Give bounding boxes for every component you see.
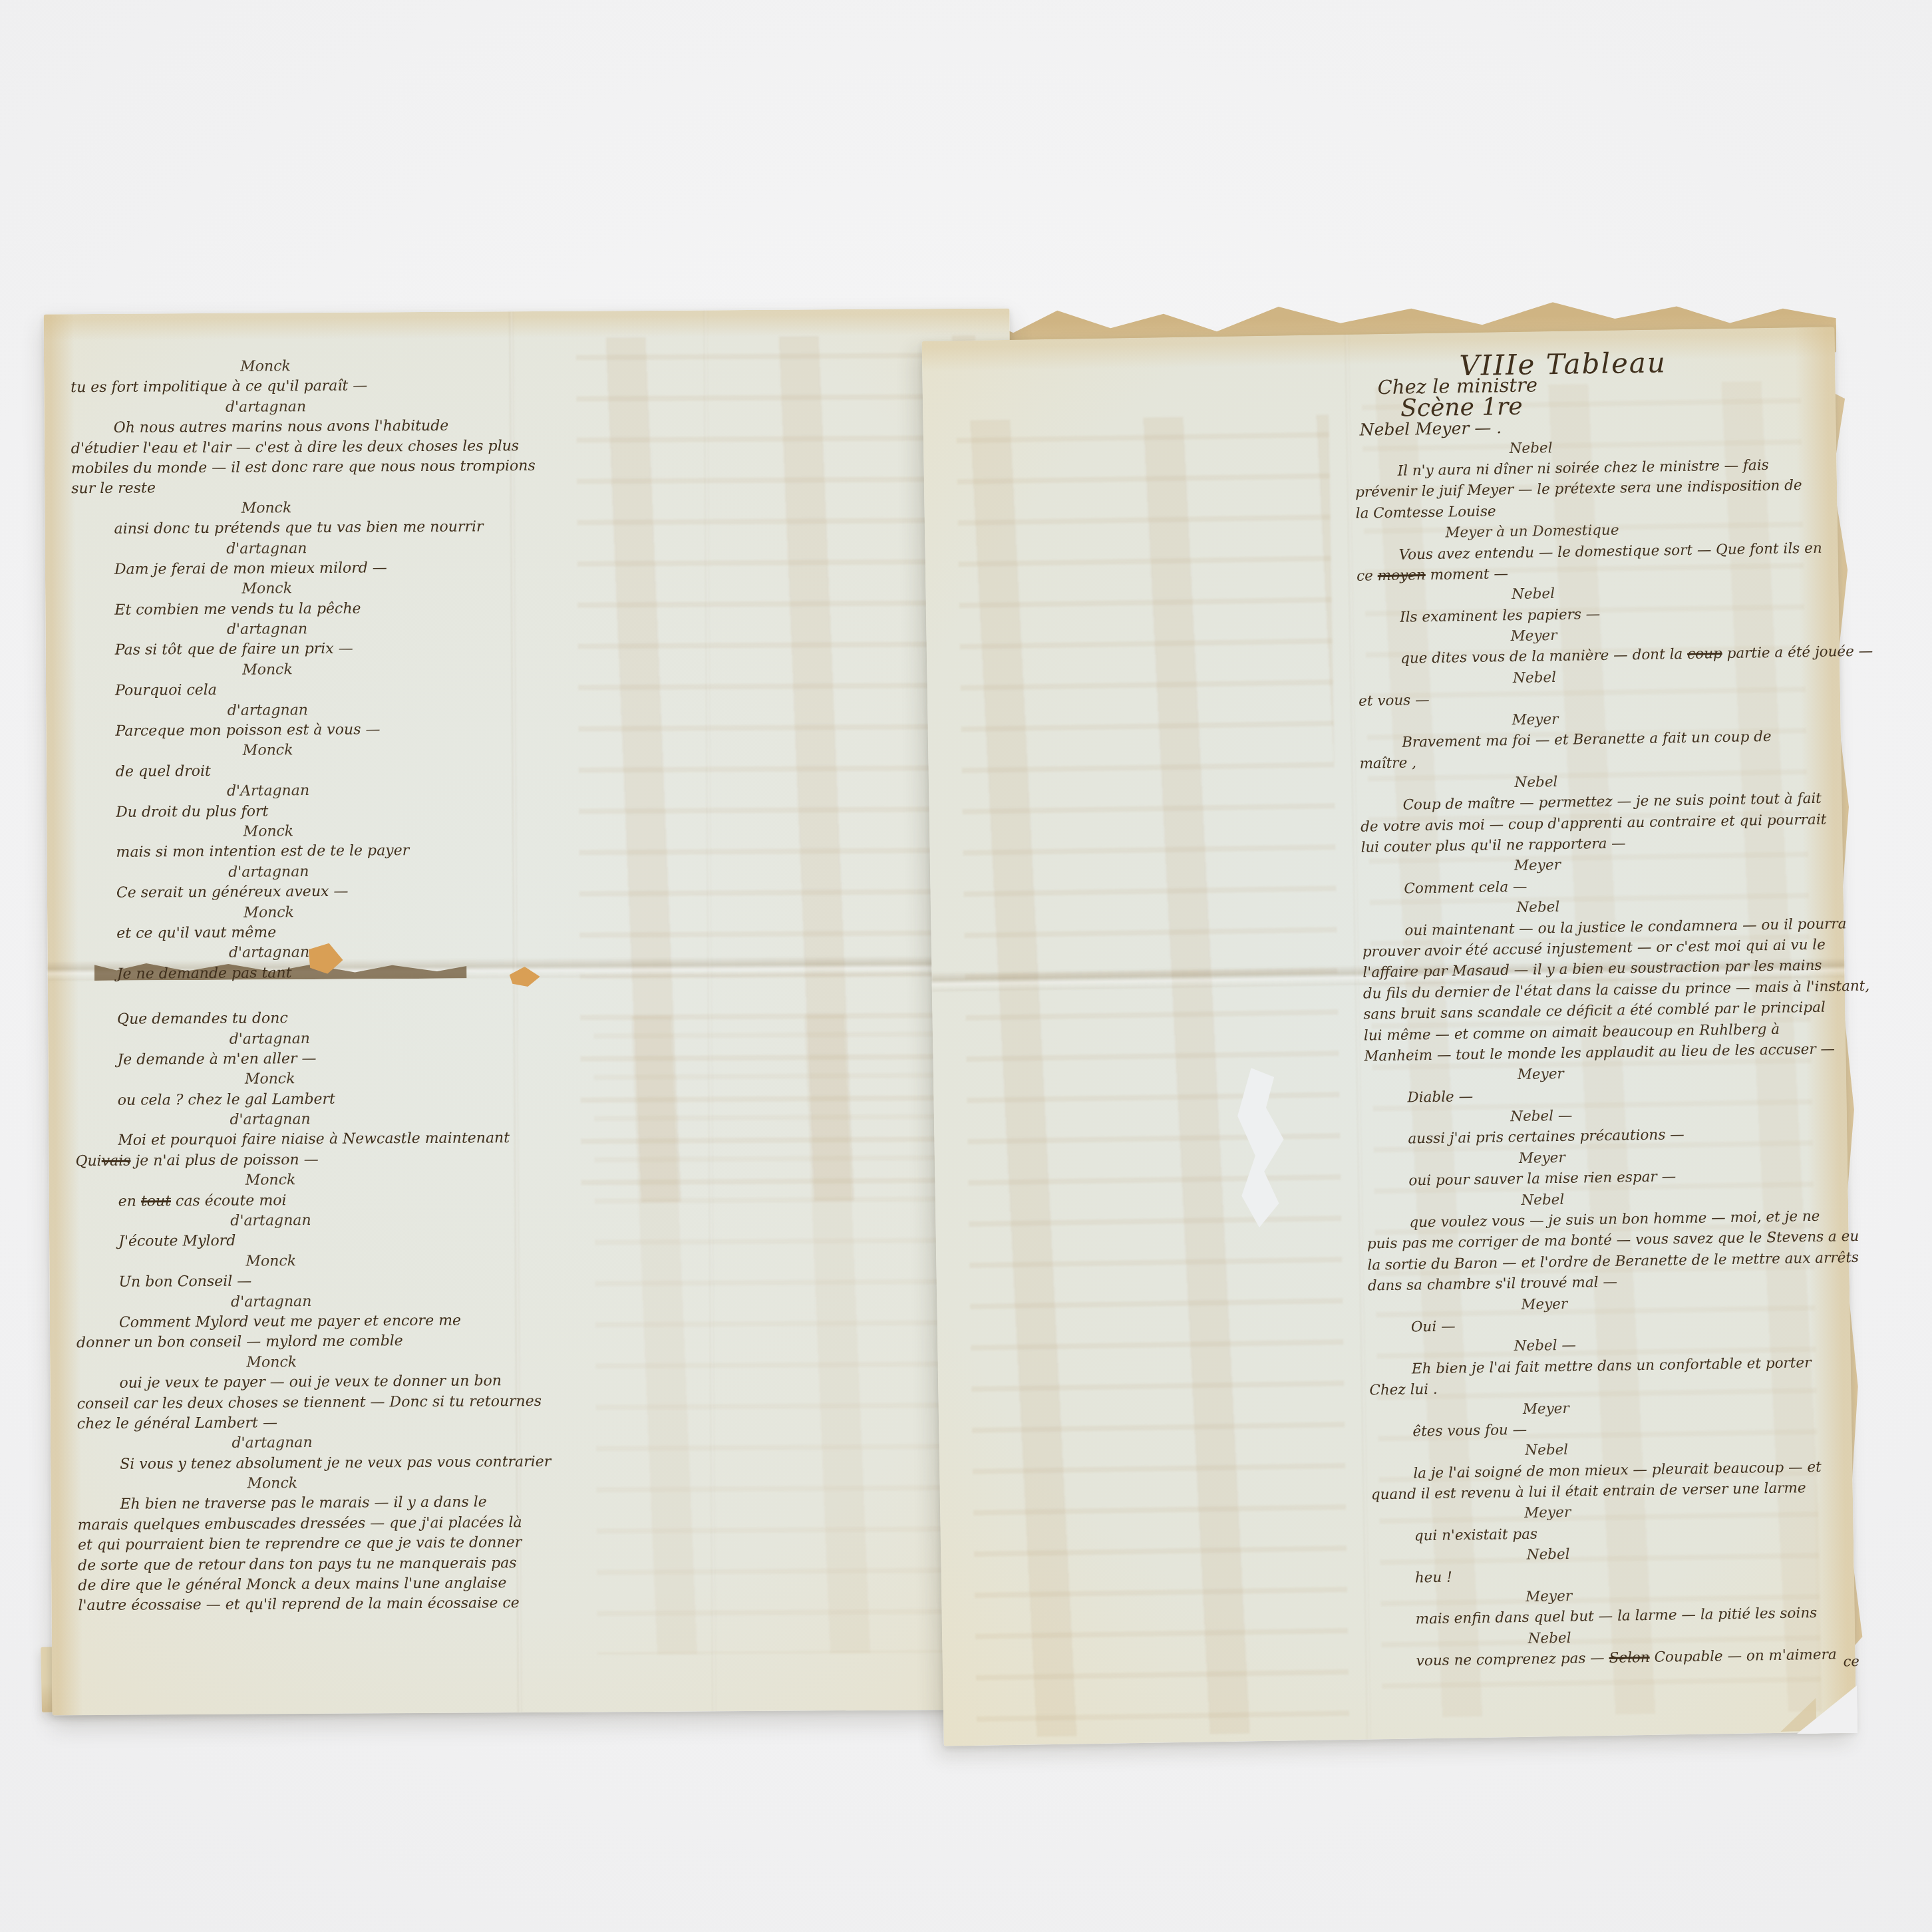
manuscript-line: chez le général Lambert — — [77, 1411, 604, 1434]
speaker-name: d'artagnan — [75, 1109, 465, 1132]
speaker-name: d'artagnan — [77, 1291, 466, 1313]
speaker-name: d'artagnan — [76, 1210, 466, 1233]
manuscript-line: Du droit du plus fort — [73, 800, 600, 823]
manuscript-line: Dam je ferai de mon mieux milord — — [72, 557, 599, 580]
speaker-name: d'artagnan — [72, 619, 462, 641]
speaker-name: d'artagnan — [72, 538, 462, 560]
manuscript-line: Pourquoi cela — [73, 679, 599, 702]
manuscript-line: Que demandes tu donc — [75, 1007, 601, 1030]
left-manuscript-sheet: Moncktu es fort impolitique à ce qu'il p… — [44, 309, 1019, 1716]
manuscript-line: tu es fort impolitique à ce qu'il paraît… — [71, 375, 597, 399]
speaker-name: Monck — [77, 1473, 467, 1496]
manuscript-line: Je demande à m'en aller — — [75, 1047, 601, 1070]
bleed-through-text-left-lower — [593, 1014, 970, 1655]
manuscript-line: donner un bon conseil — mylord me comble — [77, 1331, 603, 1354]
speaker-name: Monck — [73, 659, 462, 681]
speaker-name: Monck — [73, 740, 463, 762]
manuscript-line: Oh nous autres marins nous avons l'habit… — [71, 416, 598, 439]
speaker-name: d'artagnan — [74, 861, 464, 884]
manuscript-line: marais quelques embuscades dressées — qu… — [78, 1512, 605, 1535]
manuscript-line: Parceque mon poisson est à vous — — [73, 719, 599, 742]
manuscript-line: oui je veux te payer — oui je veux te do… — [77, 1370, 603, 1394]
manuscript-line: et qui pourraient bien te reprendre ce q… — [78, 1533, 605, 1556]
speaker-name: Monck — [75, 1170, 465, 1192]
speaker-name: Monck — [74, 901, 464, 924]
manuscript-line: Pas si tôt que de faire un prix — — [73, 638, 599, 661]
manuscript-line: J'écoute Mylord — [76, 1229, 603, 1253]
speaker-name: Monck — [77, 1351, 466, 1374]
speaker-name: Monck — [71, 356, 460, 379]
manuscript-line: Et combien me vends tu la pêche — [72, 597, 599, 621]
speaker-name: Monck — [75, 1068, 465, 1091]
manuscript-line: ainsi donc tu prétends que tu vas bien m… — [71, 516, 598, 540]
bleed-through-text-right-blank-half — [956, 414, 1349, 1738]
speaker-name: d'artagnan — [74, 942, 464, 965]
manuscript-line: Eh bien ne traverse pas le marais — il y… — [77, 1492, 604, 1516]
speaker-name: Monck — [72, 578, 462, 601]
manuscript-line: d'étudier l'eau et l'air — c'est à dire … — [71, 436, 598, 459]
manuscript-line: en tout cas écoute moi — [76, 1189, 603, 1212]
manuscript-line: Quivais je n'ai plus de poisson — — [75, 1148, 602, 1172]
speaker-name: d'Artagnan — [73, 780, 463, 803]
manuscript-line: Moi et pourquoi faire niaise à Newcastle… — [75, 1128, 602, 1152]
speaker-name: Monck — [71, 497, 461, 520]
manuscript-line: ou cela ? chez le gal Lambert — [75, 1088, 602, 1111]
manuscript-line: mobiles du monde — il est donc rare que … — [71, 456, 598, 479]
right-page-text: VIIIe Tableau Chez le ministre Scène 1re… — [1353, 349, 1850, 1673]
right-manuscript-sheet: VIIIe Tableau Chez le ministre Scène 1re… — [921, 327, 1856, 1746]
manuscript-line: Comment Mylord veut me payer et encore m… — [77, 1310, 603, 1333]
manuscript-line: conseil car les deux choses se tiennent … — [77, 1391, 603, 1414]
manuscript-line: Si vous y tenez absolument je ne veux pa… — [77, 1452, 604, 1475]
manuscript-line: sur le reste — [71, 476, 598, 500]
manuscript-line: de dire que le général Monck a deux main… — [78, 1573, 605, 1596]
right-page-dialogue: NebelIl n'y aura ni dîner ni soirée chez… — [1355, 433, 1850, 1673]
catchword: ce — [1843, 1653, 1859, 1669]
manuscript-line: et ce qu'il vaut même — [74, 921, 601, 944]
speaker-name: d'artagnan — [71, 396, 460, 418]
manuscript-line: de quel droit — [73, 759, 600, 782]
manuscript-line: l'autre écossaise — et qu'il reprend de … — [78, 1593, 605, 1617]
speaker-name: Monck — [76, 1250, 466, 1273]
manuscript-line: Ce serait un généreux aveux — — [74, 881, 601, 904]
speaker-name: d'artagnan — [77, 1432, 467, 1455]
manuscript-line: de sorte que de retour dans ton pays tu … — [78, 1553, 605, 1576]
left-page-text: Moncktu es fort impolitique à ce qu'il p… — [71, 355, 605, 1617]
speaker-name: Monck — [73, 821, 463, 844]
speaker-name: d'artagnan — [75, 1028, 464, 1050]
manuscript-line: Un bon Conseil — — [76, 1270, 603, 1293]
fold-gap — [75, 981, 601, 1010]
manuscript-line: mais si mon intention est de te le payer — [73, 840, 600, 864]
speaker-name: d'artagnan — [73, 699, 462, 722]
manuscript-line: Je ne demande pas tant — [75, 961, 601, 985]
